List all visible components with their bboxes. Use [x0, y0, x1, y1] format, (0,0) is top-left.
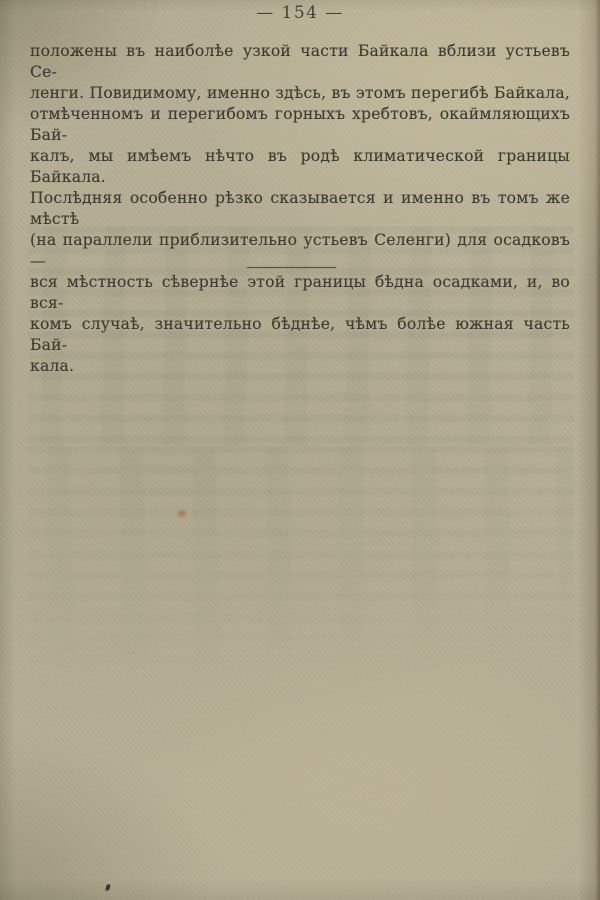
- paragraph-line: положены въ наиболѣе узкой части Байкала…: [30, 41, 570, 83]
- paragraph-line: Послѣдняя особенно рѣзко сказывается и и…: [30, 188, 570, 230]
- bleed-through-texture: [28, 446, 574, 676]
- foxing-spot: [178, 510, 186, 517]
- ink-speck: [105, 884, 111, 892]
- book-page: — 154 — положены въ наиболѣе узкой части…: [0, 0, 600, 900]
- paragraph-line: отмѣченномъ и перегибомъ горныхъ хребтов…: [30, 104, 570, 146]
- paragraph-line: ленги. Повидимому, именно здѣсь, въ этом…: [30, 83, 570, 104]
- page-number-header: — 154 —: [0, 3, 600, 23]
- bleed-through-texture: [28, 226, 574, 446]
- paragraph-line: калъ, мы имѣемъ нѣчто въ родѣ климатичес…: [30, 146, 570, 188]
